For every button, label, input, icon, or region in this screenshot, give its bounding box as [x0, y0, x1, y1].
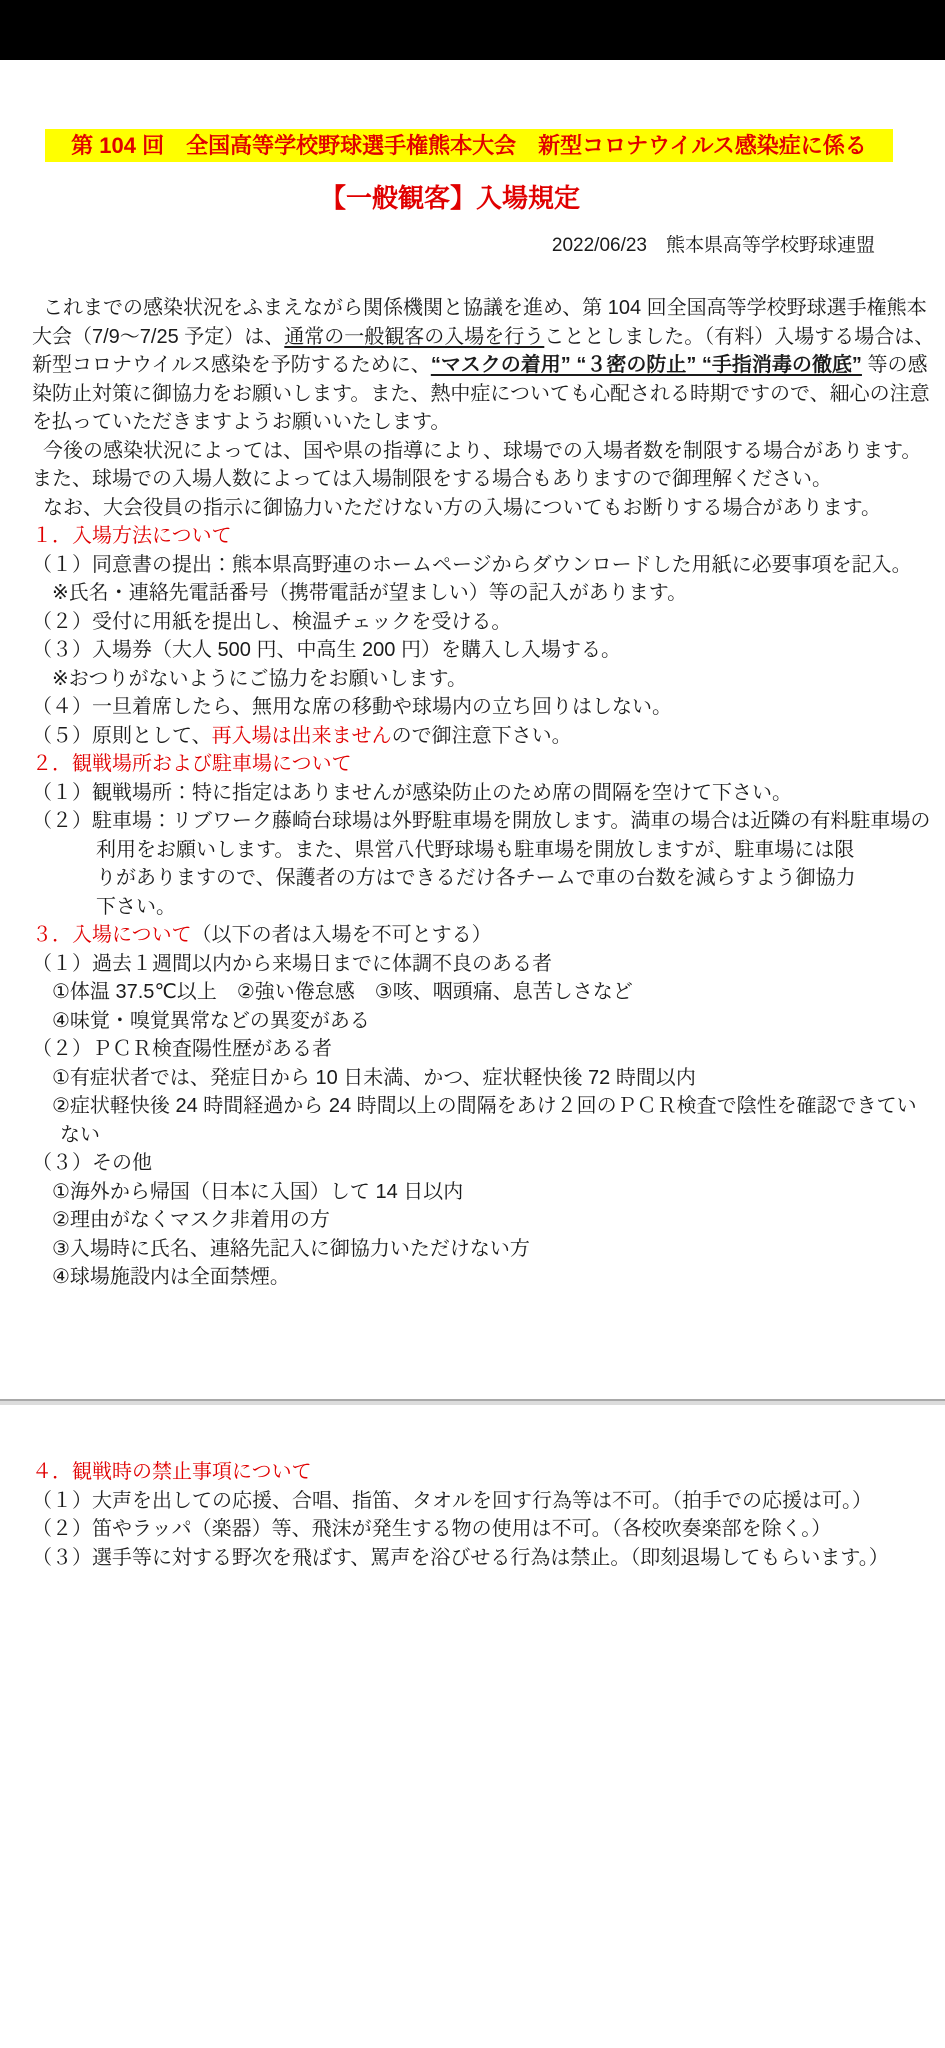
text-segment: （以下の者は入場を不可とする）: [192, 924, 492, 946]
date-and-organization-line: 2022/06/23 熊本県高等学校野球連盟: [0, 233, 875, 259]
page-title: 【一般観客】入場規定: [0, 181, 900, 215]
text-line: ④味覚・嗅覚異常などの異変がある: [32, 1007, 922, 1036]
text-line: （４）一旦着席したら、無用な席の移動や球場内の立ち回りはしない。: [32, 693, 922, 722]
text-segment: ②症状軽快後 24 時間経過から 24 時間以上の間隔をあけ２回のＰＣＲ検査で陰…: [52, 1095, 917, 1117]
text-line: 染防止対策に御協力をお願いします。また、熱中症についても心配される時期ですので、…: [32, 380, 922, 409]
text-segment: なお、大会役員の指示に御協力いただけない方の入場についてもお断りする場合がありま…: [43, 497, 881, 519]
text-line: を払っていただきますようお願いいたします。: [32, 408, 922, 437]
text-segment: （１）大声を出しての応援、合唱、指笛、タオルを回す行為等は不可。（拍手での応援は…: [32, 1490, 872, 1512]
text-segment: ①海外から帰国（日本に入国）して 14 日以内: [52, 1181, 463, 1203]
text-line: ②理由がなくマスク非着用の方: [32, 1206, 922, 1235]
text-segment: ①体温 37.5℃以上 ②強い倦怠感 ③咳、咽頭痛、息苦しさなど: [52, 981, 633, 1003]
text-line: ２．観戦場所および駐車場について: [32, 750, 922, 779]
text-segment: （２）駐車場：リブワーク藤崎台球場は外野駐車場を開放します。満車の場合は近隣の有…: [32, 810, 930, 832]
text-line: （３）その他: [32, 1149, 922, 1178]
text-segment: また、球場での入場人数によっては入場制限をする場合もありますので御理解ください。: [32, 468, 832, 490]
text-segment: （２）受付に用紙を提出し、検温チェックを受ける。: [32, 611, 511, 633]
text-line: （３）入場券（大人 500 円、中高生 200 円）を購入し入場する。: [32, 636, 922, 665]
text-line: ※おつりがないようにご協力をお願いします。: [32, 665, 922, 694]
text-line: これまでの感染状況をふまえながら関係機関と協議を進め、第 104 回全国高等学校…: [32, 294, 922, 323]
text-line: ③入場時に氏名、連絡先記入に御協力いただけない方: [32, 1235, 922, 1264]
text-segment: 再入場は出来ません: [212, 725, 392, 747]
text-line: （２）受付に用紙を提出し、検温チェックを受ける。: [32, 608, 922, 637]
text-segment: 下さい。: [96, 896, 176, 918]
text-line: 下さい。: [32, 893, 922, 922]
text-segment: を払っていただきますようお願いいたします。: [32, 411, 450, 433]
text-line: 利用をお願いします。また、県営八代野球場も駐車場を開放しますが、駐車場には限: [32, 836, 922, 865]
text-line: （３）選手等に対する野次を飛ばす、罵声を浴びせる行為は禁止。（即刻退場してもらい…: [32, 1544, 922, 1573]
text-line: ３．入場について（以下の者は入場を不可とする）: [32, 921, 922, 950]
text-segment: ない: [60, 1124, 100, 1146]
text-line: （５）原則として、再入場は出来ませんので御注意下さい。: [32, 722, 922, 751]
text-segment: （２）笛やラッパ（楽器）等、飛沫が発生する物の使用は不可。（各校吹奏楽部を除く。…: [32, 1518, 831, 1540]
text-line: ①体温 37.5℃以上 ②強い倦怠感 ③咳、咽頭痛、息苦しさなど: [32, 978, 922, 1007]
text-segment: （２）ＰＣＲ検査陽性歴がある者: [32, 1038, 332, 1060]
section-heading-text: ２．観戦場所および駐車場について: [32, 753, 352, 775]
text-segment: “マスクの着用” “３密の防止” “手指消毒の徹底”: [431, 354, 862, 376]
text-segment: りがありますので、保護者の方はできるだけ各チームで車の台数を減らすよう御協力: [96, 867, 856, 889]
text-segment: （５）原則として、: [32, 725, 212, 747]
text-line: ①有症状者では、発症日から 10 日未満、かつ、症状軽快後 72 時間以内: [32, 1064, 922, 1093]
text-line: また、球場での入場人数によっては入場制限をする場合もありますので御理解ください。: [32, 465, 922, 494]
text-line: ない: [32, 1121, 922, 1150]
document-body: これまでの感染状況をふまえながら関係機関と協議を進め、第 104 回全国高等学校…: [32, 294, 922, 1292]
text-segment: （１）同意書の提出：熊本県高野連のホームページからダウンロードした用紙に必要事項…: [32, 554, 912, 576]
text-segment: （３）選手等に対する野次を飛ばす、罵声を浴びせる行為は禁止。（即刻退場してもらい…: [32, 1547, 889, 1569]
text-line: ④球場施設内は全面禁煙。: [32, 1263, 922, 1292]
text-line: （１）観戦場所：特に指定はありませんが感染防止のため席の間隔を空けて下さい。: [32, 779, 922, 808]
text-line: （１）大声を出しての応援、合唱、指笛、タオルを回す行為等は不可。（拍手での応援は…: [32, 1487, 922, 1516]
text-line: （１）過去１週間以内から来場日までに体調不良のある者: [32, 950, 922, 979]
text-line: なお、大会役員の指示に御協力いただけない方の入場についてもお断りする場合がありま…: [32, 494, 922, 523]
text-line: 大会（7/9～7/25 予定）は、通常の一般観客の入場を行うこととしました。（有…: [32, 323, 922, 352]
text-segment: ※おつりがないようにご協力をお願いします。: [52, 668, 467, 690]
text-segment: ※氏名・連絡先電話番号（携帯電話が望ましい）等の記入があります。: [52, 582, 687, 604]
top-black-bar: [0, 0, 945, 60]
text-segment: こととしました。（有料）入場する場合は、: [544, 326, 934, 348]
screenshot-root: 第 104 回 全国高等学校野球選手権熊本大会 新型コロナウイルス感染症に係る …: [0, 0, 945, 2048]
text-segment: 通常の一般観客の入場を行う: [284, 326, 544, 348]
text-line: ②症状軽快後 24 時間経過から 24 時間以上の間隔をあけ２回のＰＣＲ検査で陰…: [32, 1092, 922, 1121]
text-segment: ので御注意下さい。: [392, 725, 572, 747]
text-segment: （３）入場券（大人 500 円、中高生 200 円）を購入し入場する。: [32, 639, 621, 661]
text-segment: ②理由がなくマスク非着用の方: [52, 1209, 330, 1231]
text-line: ※氏名・連絡先電話番号（携帯電話が望ましい）等の記入があります。: [32, 579, 922, 608]
page-separator: [0, 1399, 945, 1405]
text-line: （２）笛やラッパ（楽器）等、飛沫が発生する物の使用は不可。（各校吹奏楽部を除く。…: [32, 1515, 922, 1544]
text-segment: 今後の感染状況によっては、国や県の指導により、球場での入場者数を制限する場合があ…: [43, 440, 921, 462]
text-segment: 新型コロナウイルス感染を予防するために、: [32, 354, 431, 376]
text-segment: （１）観戦場所：特に指定はありませんが感染防止のため席の間隔を空けて下さい。: [32, 782, 792, 804]
document-body-section-4: ４．観戦時の禁止事項について（１）大声を出しての応援、合唱、指笛、タオルを回す行…: [32, 1458, 922, 1572]
text-line: 今後の感染状況によっては、国や県の指導により、球場での入場者数を制限する場合があ…: [32, 437, 922, 466]
text-segment: 等の感: [862, 354, 928, 376]
text-segment: 利用をお願いします。また、県営八代野球場も駐車場を開放しますが、駐車場には限: [96, 839, 854, 861]
text-line: （１）同意書の提出：熊本県高野連のホームページからダウンロードした用紙に必要事項…: [32, 551, 922, 580]
text-segment: ①有症状者では、発症日から 10 日未満、かつ、症状軽快後 72 時間以内: [52, 1067, 696, 1089]
section-heading-text: ３．入場について: [32, 924, 192, 946]
text-segment: 大会（7/9～7/25 予定）は、: [32, 326, 284, 348]
text-segment: 染防止対策に御協力をお願いします。また、熱中症についても心配される時期ですので、…: [32, 383, 930, 405]
section-heading-text: ４．観戦時の禁止事項について: [32, 1461, 312, 1483]
text-line: ４．観戦時の禁止事項について: [32, 1458, 922, 1487]
text-line: （２）ＰＣＲ検査陽性歴がある者: [32, 1035, 922, 1064]
text-line: りがありますので、保護者の方はできるだけ各チームで車の台数を減らすよう御協力: [32, 864, 922, 893]
text-segment: ③入場時に氏名、連絡先記入に御協力いただけない方: [52, 1238, 530, 1260]
text-line: ①海外から帰国（日本に入国）して 14 日以内: [32, 1178, 922, 1207]
highlighted-banner: 第 104 回 全国高等学校野球選手権熊本大会 新型コロナウイルス感染症に係る: [45, 129, 893, 162]
text-segment: （１）過去１週間以内から来場日までに体調不良のある者: [32, 953, 552, 975]
text-segment: ④味覚・嗅覚異常などの異変がある: [52, 1010, 370, 1032]
text-segment: （３）その他: [32, 1152, 152, 1174]
text-segment: これまでの感染状況をふまえながら関係機関と協議を進め、第 104 回全国高等学校…: [43, 297, 927, 319]
text-line: １．入場方法について: [32, 522, 922, 551]
text-segment: （４）一旦着席したら、無用な席の移動や球場内の立ち回りはしない。: [32, 696, 672, 718]
section-heading-text: １．入場方法について: [32, 525, 232, 547]
text-line: （２）駐車場：リブワーク藤崎台球場は外野駐車場を開放します。満車の場合は近隣の有…: [32, 807, 922, 836]
text-line: 新型コロナウイルス感染を予防するために、“マスクの着用” “３密の防止” “手指…: [32, 351, 922, 380]
text-segment: ④球場施設内は全面禁煙。: [52, 1266, 290, 1288]
